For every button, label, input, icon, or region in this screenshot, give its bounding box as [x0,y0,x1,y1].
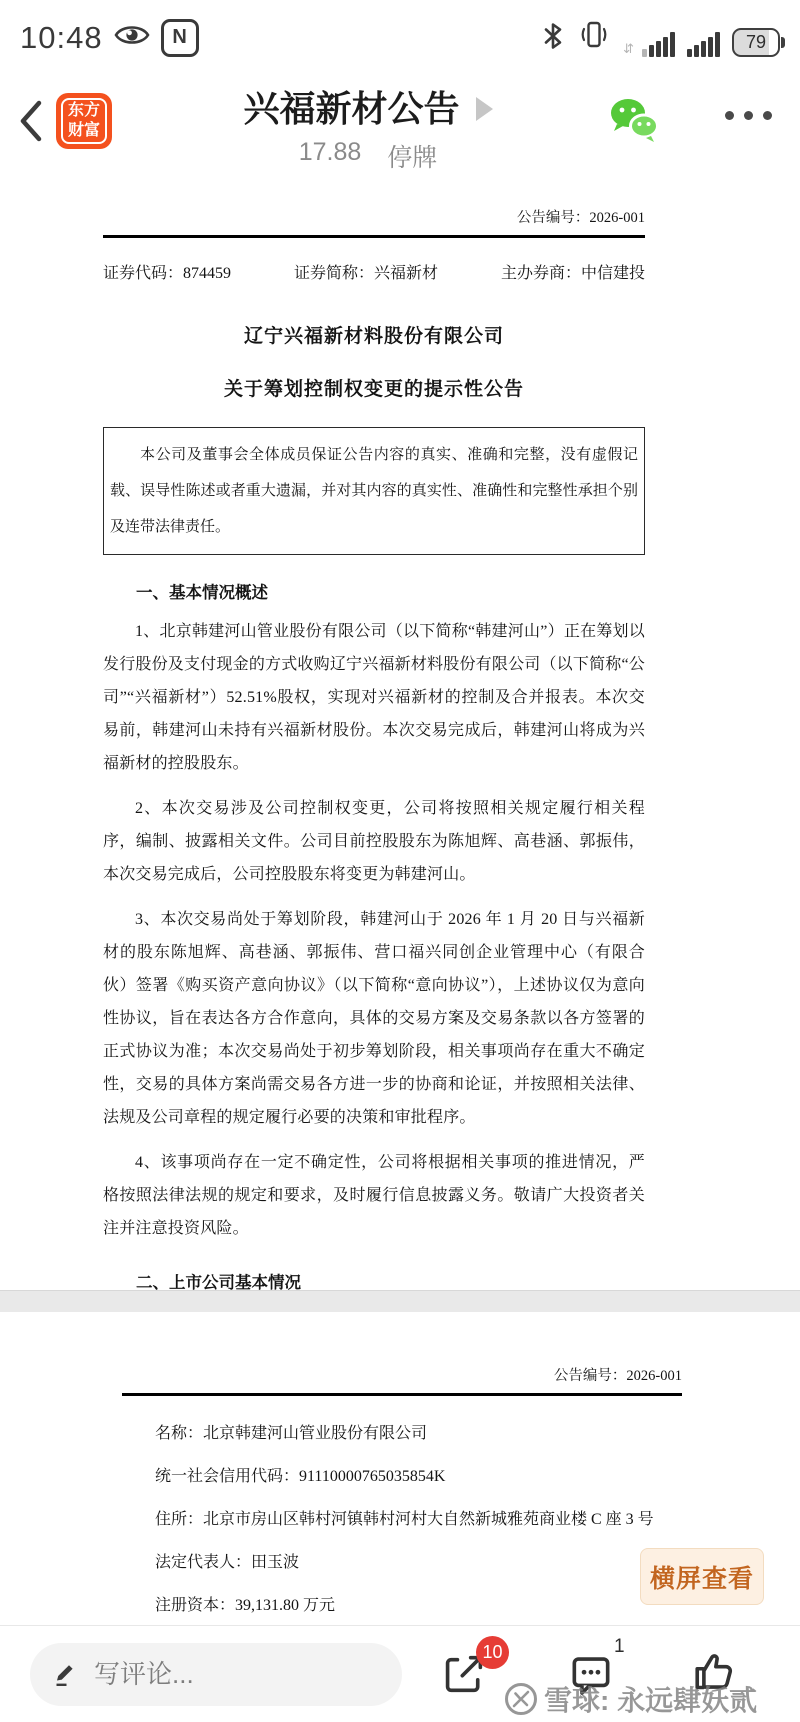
bluetooth-icon [541,20,565,57]
data-arrows-icon: ⇵ [623,41,634,57]
announcement-page-2: 公告编号：2026-001 名称：北京韩建河山管业股份有限公司 统一社会信用代码… [0,1312,800,1625]
back-button[interactable] [8,93,52,149]
nfc-icon: N [161,19,199,57]
security-name: 证券简称：兴福新材 [294,260,438,283]
announcement-number-page2: 公告编号：2026-001 [122,1312,682,1385]
wechat-icon [608,97,660,143]
paragraph-4: 4、该事项尚存在一定不确定性，公司将根据相关事项的推进情况，严格按照法律法规的规… [103,1146,645,1245]
battery-icon: 79 [732,28,780,57]
stock-title-block[interactable]: 兴福新材公告 17.88 停牌 [158,81,578,174]
status-bar: 10:48 N ⇵ [0,0,800,75]
announcement-title: 关于筹划控制权变更的提示性公告 [103,374,645,401]
company-name-title: 辽宁兴福新材料股份有限公司 [103,321,645,348]
watermark-text: 雪球: 永远肆妖贰 [544,1679,757,1719]
page-separator [0,1290,800,1312]
more-menu-button[interactable] [725,111,772,120]
header: 东方 财富 兴福新材公告 17.88 停牌 [0,75,800,170]
page-title: 兴福新材公告 [243,81,459,132]
security-code: 证券代码：874459 [103,260,231,283]
paragraph-3: 3、本次交易尚处于筹划阶段，韩建河山于 2026 年 1 月 20 日与兴福新材… [103,903,645,1134]
sponsor-broker: 主办券商：中信建投 [501,260,645,283]
signal-bars-sim1-icon [642,32,675,57]
legal-representative: 法定代表人：田玉波 [155,1541,682,1584]
paragraph-1: 1、北京韩建河山管业股份有限公司（以下简称“韩建河山”）正在筹划以发行股份及支付… [103,615,645,780]
section-2-heading: 二、上市公司基本情况 [103,1269,645,1290]
registered-capital: 注册资本：39,131.80 万元 [155,1584,682,1625]
clock-time: 10:48 [20,20,103,56]
pencil-icon [50,1660,80,1690]
credit-code: 统一社会信用代码：91110000765035854K [155,1455,682,1498]
landscape-view-button[interactable]: 横屏查看 [640,1548,764,1605]
disclaimer-box: 本公司及董事会全体成员保证公告内容的真实、准确和完整，没有虚假记载、误导性陈述或… [103,427,645,555]
eastmoney-logo[interactable]: 东方 财富 [56,93,112,149]
play-audio-icon[interactable] [476,97,493,121]
acquirer-name: 名称：北京韩建河山管业股份有限公司 [155,1412,682,1455]
header-rule [103,235,645,238]
paragraph-2: 2、本次交易涉及公司控制权变更，公司将按照相关规定履行相关程序，编制、披露相关文… [103,792,645,891]
trade-status: 停牌 [387,138,437,174]
xueqiu-logo-icon [503,1681,539,1717]
share-count-badge: 10 [476,1636,509,1669]
back-chevron-icon [15,97,45,145]
logo-text-bottom: 财富 [68,121,100,141]
logo-text-top: 东方 [68,101,100,121]
registered-address: 住所：北京市房山区韩村河镇韩村河村大自然新城雅苑商业楼 C 座 3 号 [155,1498,682,1541]
comment-input[interactable] [92,1658,346,1691]
wechat-share-button[interactable] [608,97,660,148]
signal-bars-sim2-icon [687,32,720,57]
announcement-page-1: 公告编号：2026-001 证券代码：874459 证券简称：兴福新材 主办券商… [0,170,800,1290]
battery-percent: 79 [746,32,766,53]
comment-input-pill[interactable] [30,1643,402,1706]
eye-protection-icon [113,20,151,55]
comment-count: 1 [614,1636,625,1658]
vibrate-mode-icon [577,18,611,57]
xueqiu-watermark: 雪球: 永远肆妖贰 [503,1679,757,1719]
announcement-number: 公告编号：2026-001 [103,170,645,227]
stock-price: 17.88 [299,138,362,174]
section-1-heading: 一、基本情况概述 [103,579,645,603]
header-rule-page2 [122,1393,682,1396]
